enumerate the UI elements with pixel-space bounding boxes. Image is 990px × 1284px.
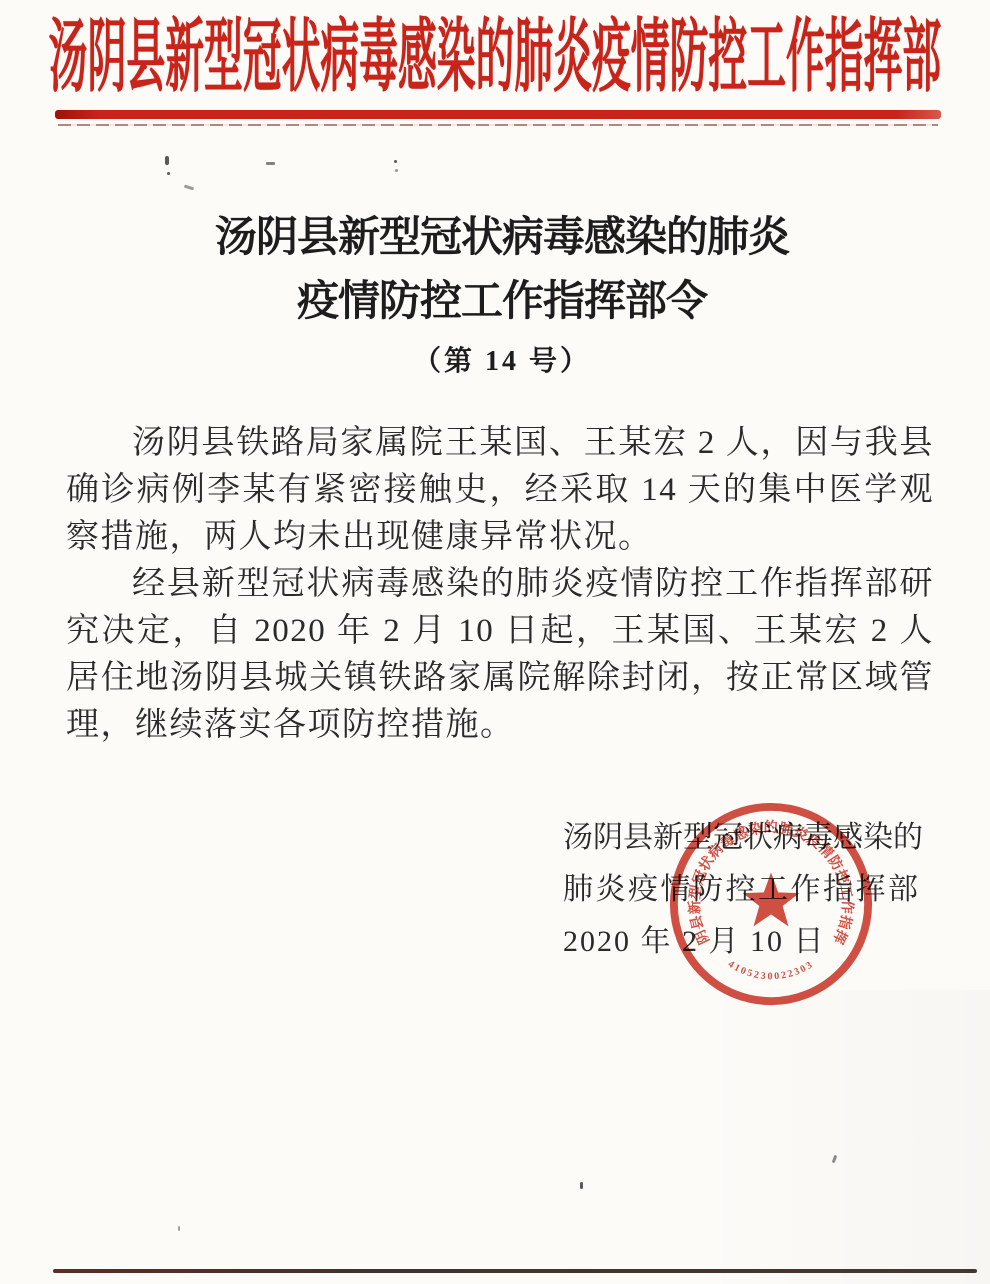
header-banner: 汤阴县新型冠状病毒感染的肺炎疫情防控工作指挥部 <box>0 10 990 106</box>
scan-speck <box>580 1182 583 1189</box>
scan-speck <box>184 185 194 191</box>
official-seal: 汤阴县新型冠状病毒感染的肺炎疫情防控工作指挥部 4105230022303 <box>666 799 876 1009</box>
title-line-2: 疫情防控工作指挥部令 <box>14 270 990 334</box>
seal-star-icon <box>743 873 800 927</box>
scan-speck <box>266 162 275 165</box>
header-divider-thin <box>58 124 938 126</box>
document-number: （第 14 号） <box>14 342 990 382</box>
bottom-scan-line <box>53 1269 977 1273</box>
scan-speck <box>832 1155 838 1164</box>
scan-speck <box>395 169 398 172</box>
title-line-1: 汤阴县新型冠状病毒感染的肺炎 <box>14 206 990 270</box>
page-edge-shade <box>690 990 990 1284</box>
header-banner-text: 汤阴县新型冠状病毒感染的肺炎疫情防控工作指挥部 <box>49 18 941 98</box>
scan-speck <box>178 1226 180 1231</box>
document-page: 汤阴县新型冠状病毒感染的肺炎疫情防控工作指挥部 汤阴县新型冠状病毒感染的肺炎 疫… <box>0 0 990 1284</box>
header-divider-thick <box>55 110 941 119</box>
paragraph-2: 经县新型冠状病毒感染的肺炎疫情防控工作指挥部研究决定，自 2020 年 2 月 … <box>66 561 934 749</box>
scan-speck <box>165 156 169 165</box>
seal-number-holder: 4105230022303 <box>726 959 816 982</box>
body-text: 汤阴县铁路局家属院王某国、王某宏 2 人，因与我县确诊病例李某有紧密接触史，经采… <box>66 420 934 749</box>
seal-number: 4105230022303 <box>726 959 816 982</box>
scan-speck <box>394 160 397 163</box>
scan-speck <box>167 172 170 175</box>
document-title: 汤阴县新型冠状病毒感染的肺炎 疫情防控工作指挥部令 （第 14 号） <box>0 206 990 382</box>
paragraph-1: 汤阴县铁路局家属院王某国、王某宏 2 人，因与我县确诊病例李某有紧密接触史，经采… <box>66 420 934 561</box>
